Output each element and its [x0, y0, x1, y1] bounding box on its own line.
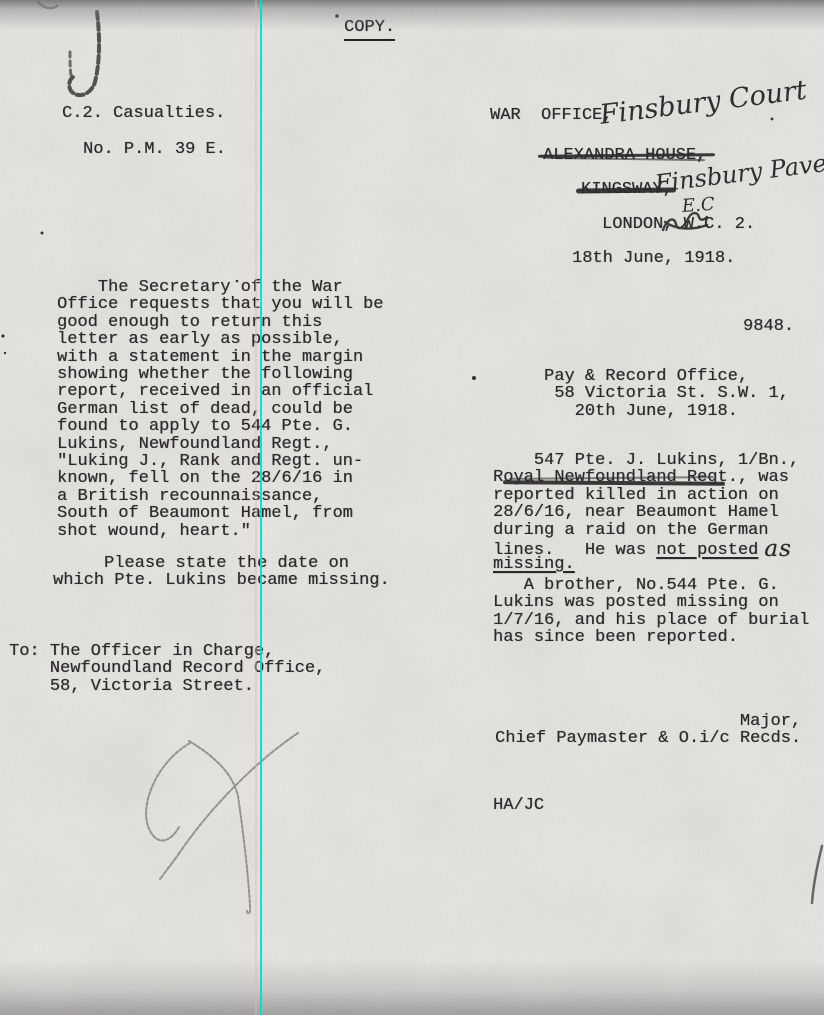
- copy-heading: COPY.: [344, 19, 395, 36]
- signature-block: Major, Chief Paymaster & O.i/c Recds.: [495, 713, 801, 748]
- line6-not-posted: not posted: [656, 541, 758, 560]
- copy-heading-text: COPY.: [344, 18, 395, 41]
- london-suffix: 2.: [724, 215, 755, 234]
- handwriting-finsbury-court: Finsbury Court: [598, 75, 808, 131]
- handwriting-as: as: [764, 536, 792, 562]
- war-office-line: WAR OFFICE,: [490, 107, 612, 124]
- london-scribbled-district: W.C.: [684, 215, 725, 234]
- typist-initials: HA/JC: [493, 797, 544, 814]
- pen-mark-top-left: [38, 2, 99, 95]
- pay-record-office-block: Pay & Record Office, 58 Victoria St. S.W…: [544, 368, 789, 420]
- scan-artifact-line-pink: [255, 0, 257, 1015]
- right-letter-para1: 547 Pte. J. Lukins, 1/Bn., Royal Newfoun…: [493, 452, 799, 539]
- line7-missing: missing.: [493, 555, 575, 574]
- scan-edge-top: [0, 0, 824, 30]
- pen-mark-right-edge: [812, 846, 822, 903]
- ref-casualties: C.2. Casualties.: [62, 105, 225, 122]
- scan-edge-bottom: [0, 960, 824, 1015]
- right-letter-line7: missing.: [493, 556, 575, 573]
- document-page: COPY. C.2. Casualties. No. P.M. 39 E. WA…: [0, 0, 824, 1015]
- letter-date: 18th June, 1918.: [572, 250, 735, 267]
- reference-number: 9848.: [743, 318, 794, 335]
- left-letter-request: Please state the date on which Pte. Luki…: [53, 555, 390, 590]
- right-letter-para2: A brother, No.544 Pte. G. Lukins was pos…: [493, 577, 809, 647]
- london-prefix: LONDON,: [602, 215, 684, 234]
- london-line: LONDON, W.C. 2.: [602, 216, 755, 233]
- pencil-scribble: [146, 733, 298, 913]
- handwriting-ec: E.C: [681, 194, 715, 217]
- left-letter-body: The Secretary of the War Office requests…: [57, 279, 383, 540]
- scan-artifact-line-cyan: [260, 0, 262, 1015]
- ref-pm-number: No. P.M. 39 E.: [83, 141, 226, 158]
- strike-kingsway: [576, 187, 676, 193]
- left-letter-addressee: To: The Officer in Charge, Newfoundland …: [9, 643, 325, 695]
